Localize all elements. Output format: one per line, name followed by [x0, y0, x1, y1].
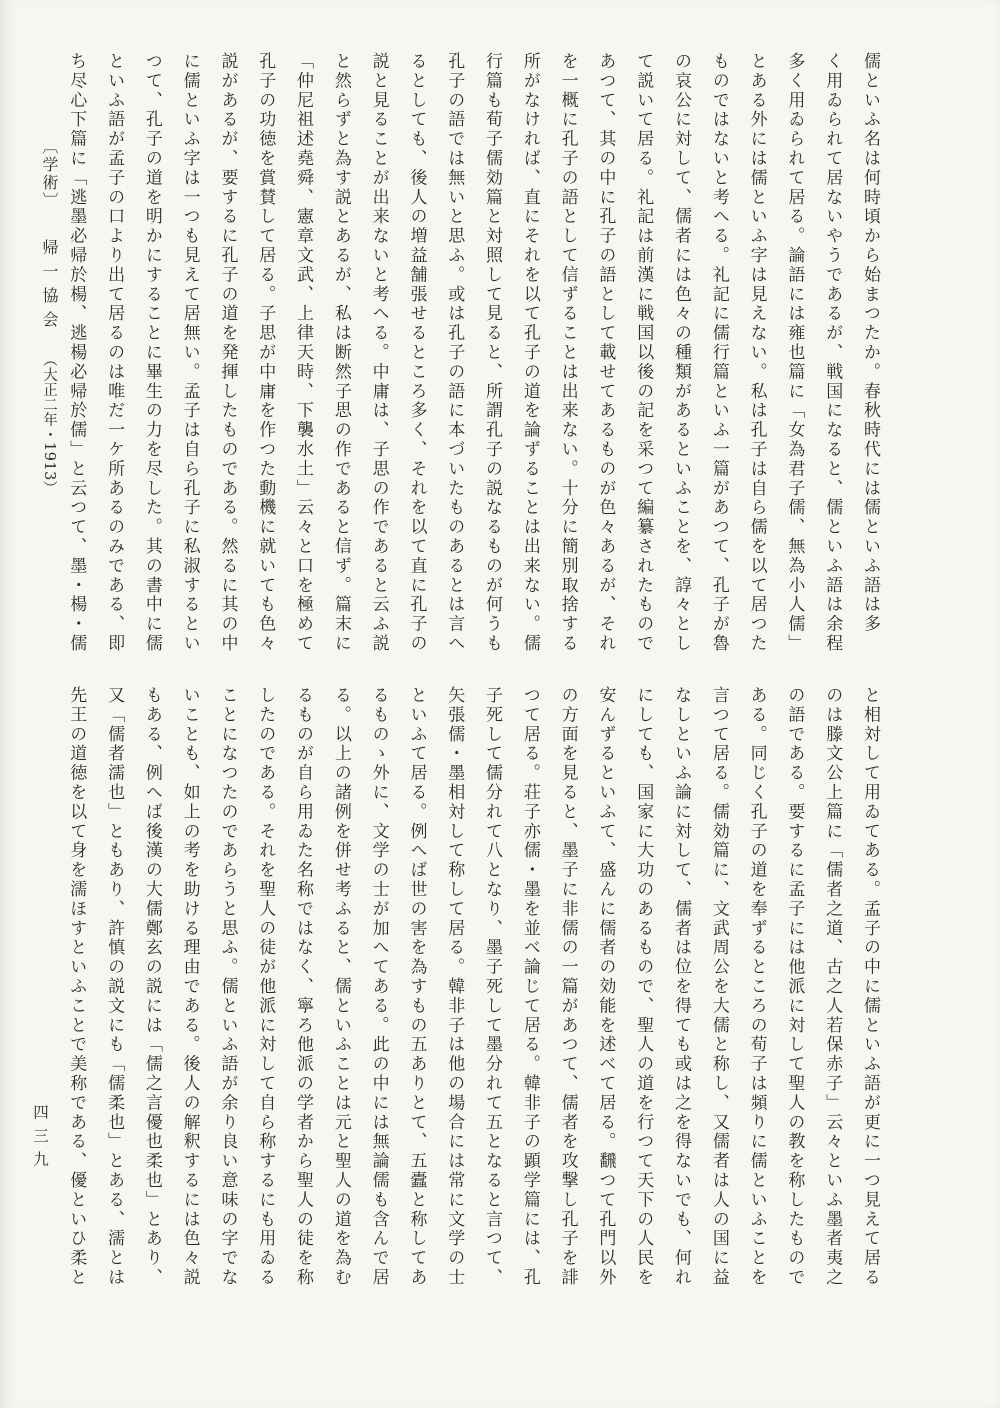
text-column: 所がなければ、直にそれを以て孔子の道を論ずることは出来ない。儒 [510, 52, 548, 677]
text-column: 説があるが、要するに孔子の道を発揮したものである。然るに其の中 [208, 52, 246, 677]
margin-label-category: 〔学術〕 [38, 138, 61, 210]
top-text-block: 儒といふ名は何時頃から始まつたか。春秋時代には儒といふ語は多く用ゐられて居ないや… [56, 52, 888, 677]
text-column: といふて居る。例へば世の害を為すもの五ありとて、五蠹と称してあ [397, 686, 435, 1311]
text-column: 言つて居る。儒効篇に、文武周公を大儒と称し、又儒者は人の国に益 [699, 686, 737, 1311]
margin-label-date: （大正二年・1913） [39, 352, 60, 496]
text-column: るとしても、後人の増益舗張せるところ多く、それを以て直に孔子の [397, 52, 435, 677]
text-column: と然らずと為す説とあるが、私は断然子思の作であると信ず。篇末に [321, 52, 359, 677]
scanned-book-page: 儒といふ名は何時頃から始まつたか。春秋時代には儒といふ語は多く用ゐられて居ないや… [0, 0, 1000, 1408]
text-column: と相対して用ゐてある。孟子の中に儒といふ語が更に一つ見えて居る [850, 686, 888, 1311]
text-column: とある外には儒といふ字は見えない。私は孔子は自ら儒を以て居つた [737, 52, 775, 677]
text-column: 先王の道徳を以て身を濡ほすといふことで美称である、優といひ柔と [56, 686, 94, 1311]
text-column: つて、孔子の道を明かにすることに畢生の力を尽した。其の書中に儒 [132, 52, 170, 677]
text-column: 子死して儒分れて八となり、墨子死して墨分れて五となると言つて、 [472, 686, 510, 1311]
text-column: にしても、国家に大功のあるもので、聖人の道を行つて天下の人民を [623, 686, 661, 1311]
text-column: る。以上の諸例を併せ考ふると、儒といふことは元と聖人の道を為む [321, 686, 359, 1311]
bottom-text-block: と相対して用ゐてある。孟子の中に儒といふ語が更に一つ見えて居るのは滕文公上篇に「… [56, 686, 888, 1311]
text-column: 「仲尼祖述堯舜、憲章文武、上律天時、下襲水土」云々と口を極めて [283, 52, 321, 677]
text-column: 行篇も荀子儒効篇と対照して見ると、所謂孔子の説なるものが何うも [472, 52, 510, 677]
text-column: なしといふ論に対して、儒者は位を得ても或は之を得ないでも、何れ [661, 686, 699, 1311]
text-column: ある。同じく孔子の道を奉ずるところの荀子は頻りに儒といふことを [737, 686, 775, 1311]
text-column: 安んずるといふて、盛んに儒者の効能を述べて居る。飜つて孔門以外 [586, 686, 624, 1311]
text-column: 孔子の語では無いと思ふ。或は孔子の語に本づいたものあるとは言へ [434, 52, 472, 677]
text-column: を一概に孔子の語として信ずることは出来ない。十分に簡別取捨する [548, 52, 586, 677]
text-column: るものゝ外に、文学の士が加へてある。此の中には無論儒も含んで居 [359, 686, 397, 1311]
text-column: 又「儒者濡也」ともあり、許慎の説文にも「儒柔也」とある、濡とは [94, 686, 132, 1311]
text-column: いことも、如上の考を助ける理由である。後人の解釈するには色々説 [170, 686, 208, 1311]
text-column: 説と見ることが出来ないと考へる。中庸は、子思の作であると云ふ説 [359, 52, 397, 677]
page-number: 四三九 [29, 1104, 51, 1175]
text-column: の方面を見ると、墨子に非儒の一篇があつて、儒者を攻撃し孔子を誹 [548, 686, 586, 1311]
text-column: るものが自ら用ゐた名称ではなく、寧ろ他派の学者から聖人の徒を称 [283, 686, 321, 1311]
text-column: ち尽心下篇に「逃墨必帰於楊、逃楊必帰於儒」と云つて、墨・楊・儒 [56, 52, 94, 677]
text-column: て説いて居る。礼記は前漢に戦国以後の記を采つて編纂されたもので [623, 52, 661, 677]
text-column: のは滕文公上篇に「儒者之道、古之人若保赤子」云々といふ墨者夷之 [812, 686, 850, 1311]
text-column: の語である。要するに孟子には他派に対して聖人の教を称したもので [775, 686, 813, 1311]
text-column: 多く用ゐられて居る。論語には雍也篇に「女為君子儒、無為小人儒」 [775, 52, 813, 677]
text-column: く用ゐられて居ないやうであるが、戦国になると、儒といふ語は余程 [812, 52, 850, 677]
text-column: もある、例へば後漢の大儒鄭玄の説には「儒之言優也柔也」とあり、 [132, 686, 170, 1311]
text-column: 矢張儒・墨相対して称して居る。韓非子は他の場合には常に文学の士 [434, 686, 472, 1311]
text-column: に儒といふ字は一つも見えて居無い。孟子は自ら孔子に私淑するとい [170, 52, 208, 677]
text-column: 儒といふ名は何時頃から始まつたか。春秋時代には儒といふ語は多 [850, 52, 888, 677]
margin-label: 〔学術〕 帰一協会 （大正二年・1913） [38, 138, 61, 498]
text-column: ことになつたのであらうと思ふ。儒といふ語が余り良い意味の字でな [208, 686, 246, 1311]
text-column: つて居る。荘子亦儒・墨を並べ論じて居る。韓非子の顕学篇には、孔 [510, 686, 548, 1311]
margin-label-organization: 帰一協会 [38, 239, 61, 335]
text-column: ものではないと考へる。礼記に儒行篇といふ一篇があつて、孔子が魯 [699, 52, 737, 677]
text-column: したのである。それを聖人の徒が他派に対して自ら称するにも用ゐる [245, 686, 283, 1311]
text-column: あつて、其の中に孔子の語として載せてあるものが色々あるが、それ [586, 52, 624, 677]
text-column: の哀公に対して、儒者には色々の種類があるといふことを、諄々とし [661, 52, 699, 677]
text-column: といふ語が孟子の口より出て居るのは唯だ一ケ所あるのみである、即 [94, 52, 132, 677]
text-column: 孔子の功徳を賞賛して居る。子思が中庸を作つた動機に就いても色々 [245, 52, 283, 677]
